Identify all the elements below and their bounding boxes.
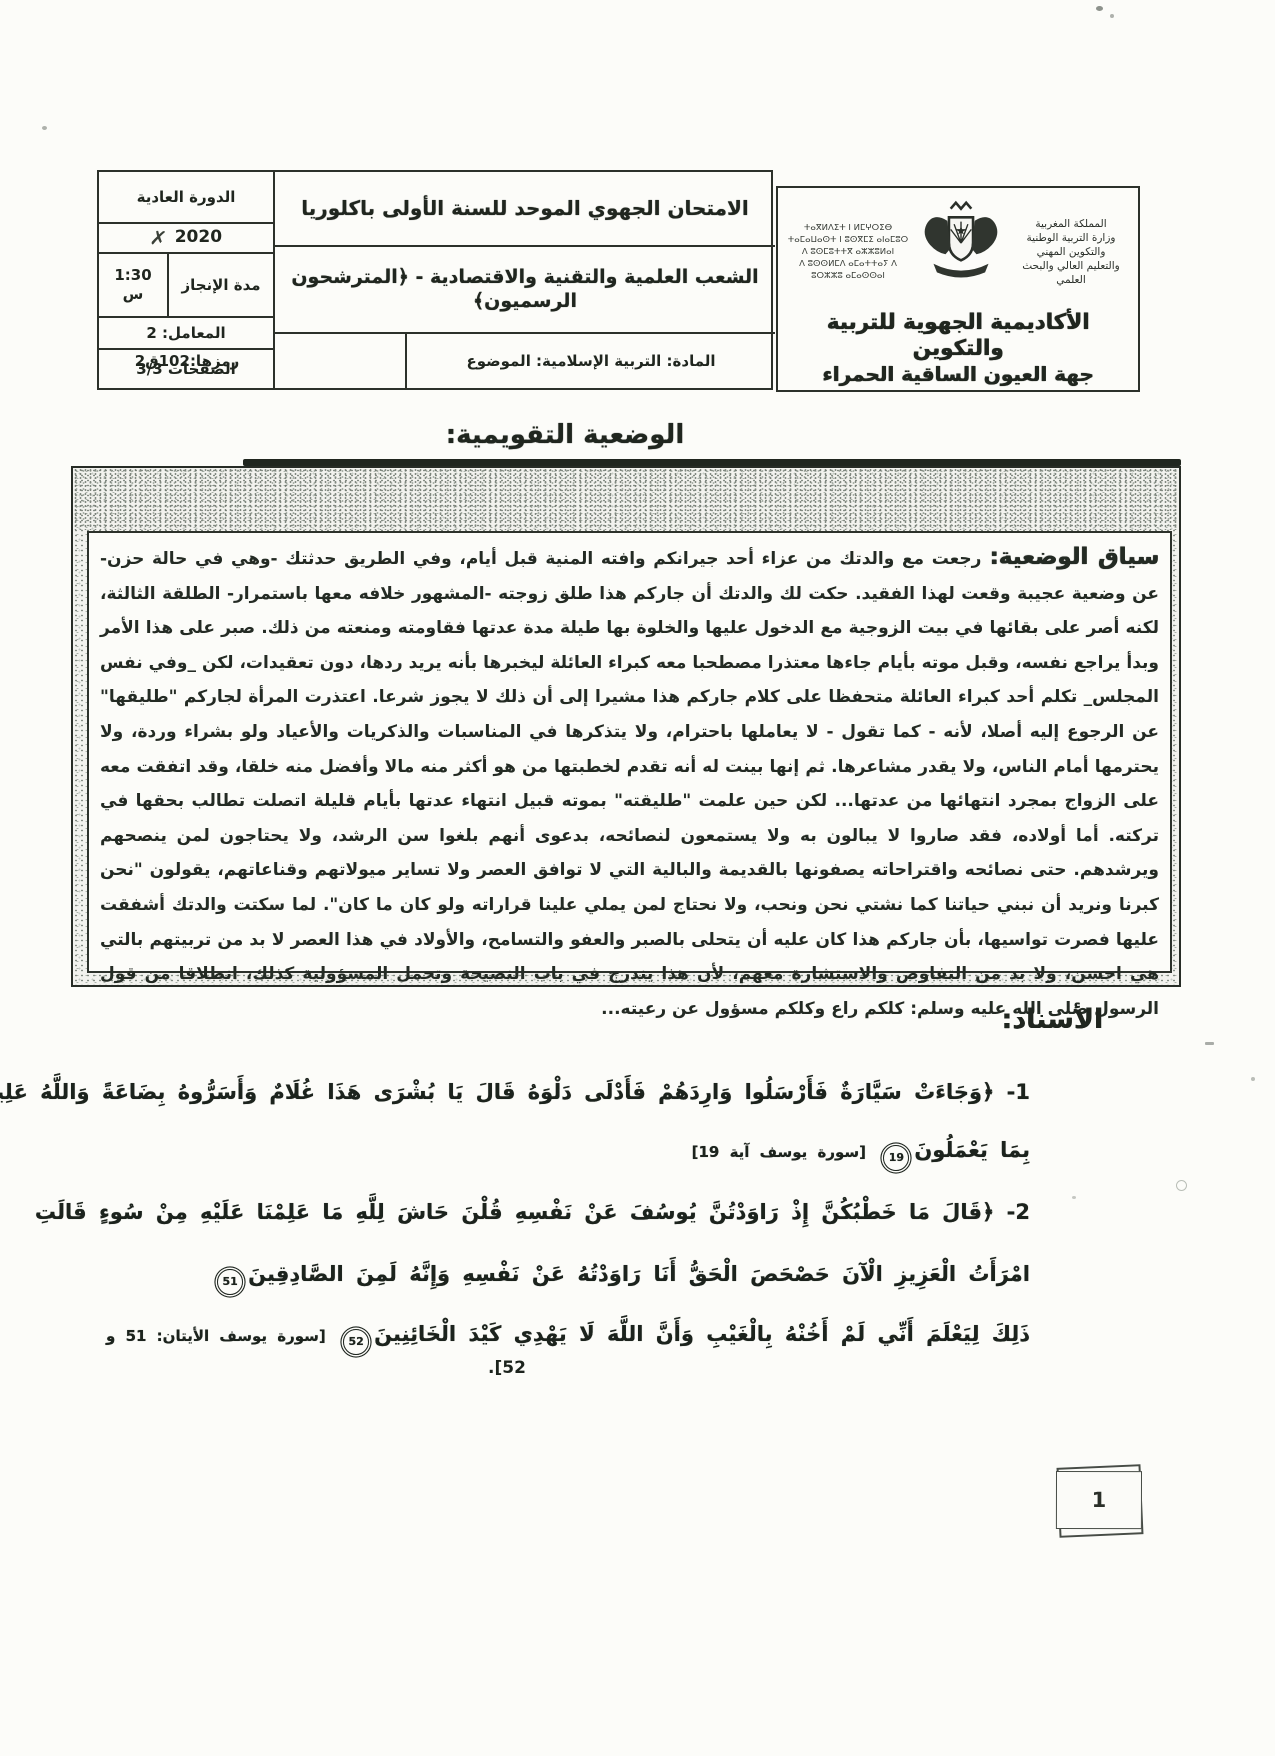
pages-cell: الصفحات 3/3: [99, 350, 273, 388]
supports-title: الأسناد:: [1001, 1004, 1103, 1035]
context-text: رجعت مع والدتك من عزاء أحد جيرانكم وافته…: [100, 549, 1159, 1019]
handwritten-check-mark: ✗: [148, 224, 168, 251]
session-cell: الدورة العادية: [99, 172, 273, 222]
academy-name-block: الأكاديمية الجهوية للتربية والتكوين جهة …: [778, 310, 1138, 387]
page-number: 1: [1092, 1488, 1107, 1512]
scan-artifact: [1176, 1180, 1187, 1191]
ministry-arabic-line: المملكة المغربية: [1010, 217, 1132, 231]
pages-value: الصفحات 3/3: [136, 360, 235, 379]
verse-source-continuation: 52].: [488, 1358, 526, 1378]
duration-value-cell: 1:30 س: [99, 254, 167, 316]
ministry-arabic-line: والتعليم العالي والبحث العلمي: [1010, 259, 1132, 287]
scan-page: الامتحان الجهوي الموحد للسنة الأولى باكل…: [0, 0, 1275, 1756]
ministry-arabic-line: والتكوين المهني: [1010, 245, 1132, 259]
page-number-inner-frame: 1: [1056, 1471, 1142, 1529]
context-label: سياق الوضعية:: [989, 544, 1159, 570]
academy-name: الأكاديمية الجهوية للتربية والتكوين: [778, 310, 1138, 362]
exam-title-cell: الامتحان الجهوي الموحد للسنة الأولى باكل…: [275, 172, 775, 245]
ministry-header-box: المملكة المغربية وزارة التربية الوطنية و…: [776, 186, 1140, 392]
ministry-tifinagh-line: ⴷ ⵓⵙⵎⵓⵜⵜⴳ ⴰⵣⵣⵓⵍⴰⵏ: [784, 246, 912, 258]
verse-text: امْرَأَتُ الْعَزِيزِ الْآنَ حَصْحَصَ الْ…: [248, 1262, 1030, 1286]
scan-artifact: [42, 126, 47, 130]
coefficient-cell: المعامل: 2: [99, 318, 273, 348]
page-number-stamp: 1: [1057, 1464, 1144, 1538]
scan-artifact: [1096, 6, 1103, 11]
verse-text: بِمَا يَعْمَلُونَ: [914, 1138, 1030, 1162]
ayah-end-marker: 51: [217, 1269, 243, 1295]
subject-label: المادة: التربية الإسلامية: الموضوع: [466, 352, 715, 371]
year-value: 2020: [175, 227, 222, 248]
duration-value: 1:30 س: [107, 266, 159, 304]
context-paragraph: سياق الوضعية:رجعت مع والدتك من عزاء أحد …: [100, 540, 1159, 1026]
scan-artifact: [1110, 14, 1114, 18]
verse-text: ذَلِكَ لِيَعْلَمَ أَنِّي لَمْ أَخُنْهُ ب…: [374, 1322, 1030, 1346]
branches-cell: الشعب العلمية والتقنية والاقتصادية - ﴿ال…: [275, 247, 775, 332]
verse-1-line-2: بِمَا يَعْمَلُونَ19 [سورة يوسف آية 19]: [692, 1138, 1030, 1171]
ministry-arabic-text: المملكة المغربية وزارة التربية الوطنية و…: [1010, 217, 1132, 287]
verse-2-line-4: 52].: [488, 1358, 526, 1378]
academy-region: جهة العيون الساقية الحمراء: [778, 362, 1138, 387]
verse-text: 2- ﴿قَالَ مَا خَطْبُكُنَّ إِذْ رَاوَدْتُ…: [35, 1200, 1030, 1224]
title-underline: [243, 459, 1181, 466]
context-inner-box: سياق الوضعية:رجعت مع والدتك من عزاء أحد …: [87, 531, 1172, 973]
ministry-arabic-line: وزارة التربية الوطنية: [1010, 231, 1132, 245]
ministry-tifinagh-line: ⵜⴰⴳⵍⴷⵉⵜ ⵏ ⵍⵎⵖⵔⵉⴱ: [784, 222, 912, 234]
ayah-end-marker: 52: [343, 1329, 369, 1355]
verse-1-line-1: 1- ﴿وَجَاءَتْ سَيَّارَةٌ فَأَرْسَلُوا وَ…: [0, 1080, 1030, 1104]
verse-source: [سورة يوسف آية 19]: [692, 1143, 866, 1161]
ayah-end-marker: 19: [883, 1145, 909, 1171]
verse-source: [سورة يوسف الأيتان: 51 و: [106, 1327, 326, 1345]
ministry-tifinagh-line: ⵜⴰⵎⴰⵡⴰⵙⵜ ⵏ ⵓⵙⴳⵎⵉ ⴰⵏⴰⵎⵓⵔ: [784, 234, 912, 246]
verse-text: 1- ﴿وَجَاءَتْ سَيَّارَةٌ فَأَرْسَلُوا وَ…: [0, 1080, 1030, 1104]
scan-artifact: [1251, 1077, 1255, 1081]
verse-2-line-3: ذَلِكَ لِيَعْلَمَ أَنِّي لَمْ أَخُنْهُ ب…: [106, 1322, 1030, 1355]
session-label: الدورة العادية: [137, 188, 236, 207]
verse-2-line-2: امْرَأَتُ الْعَزِيزِ الْآنَ حَصْحَصَ الْ…: [212, 1262, 1030, 1295]
exam-title: الامتحان الجهوي الموحد للسنة الأولى باكل…: [301, 196, 749, 221]
coefficient-value: المعامل: 2: [146, 324, 225, 343]
scan-artifact: [1205, 1042, 1214, 1045]
verse-2-line-1: 2- ﴿قَالَ مَا خَطْبُكُنَّ إِذْ رَاوَدْتُ…: [35, 1200, 1030, 1224]
branches-label: الشعب العلمية والتقنية والاقتصادية - ﴿ال…: [289, 266, 761, 314]
scan-artifact: [1072, 1196, 1076, 1199]
ministry-tifinagh-text: ⵜⴰⴳⵍⴷⵉⵜ ⵏ ⵍⵎⵖⵔⵉⴱ ⵜⴰⵎⴰⵡⴰⵙⵜ ⵏ ⵓⵙⴳⵎⵉ ⴰⵏⴰⵎⵓⵔ…: [784, 222, 912, 282]
subject-cell: المادة: التربية الإسلامية: الموضوع: [407, 334, 775, 388]
year-cell: 2020 ✗: [99, 224, 273, 252]
header-table: الامتحان الجهوي الموحد للسنة الأولى باكل…: [97, 170, 773, 390]
section-title: الوضعية التقويمية:: [330, 420, 800, 450]
coat-of-arms-logo: [918, 200, 1004, 304]
duration-label: مدة الإنجاز: [181, 276, 260, 295]
ministry-tifinagh-line: ⴷ ⵓⵙⵙⵍⵎⴷ ⴰⵎⴰⵜⵜⴰⵢ ⴷ ⵓⵔⵣⵣⵓ ⴰⵎⴰⵙⵙⴰⵏ: [784, 258, 912, 282]
ministry-header-row: المملكة المغربية وزارة التربية الوطنية و…: [778, 200, 1138, 304]
duration-label-cell: مدة الإنجاز: [169, 254, 273, 316]
scan-noise-band: [73, 468, 1179, 530]
